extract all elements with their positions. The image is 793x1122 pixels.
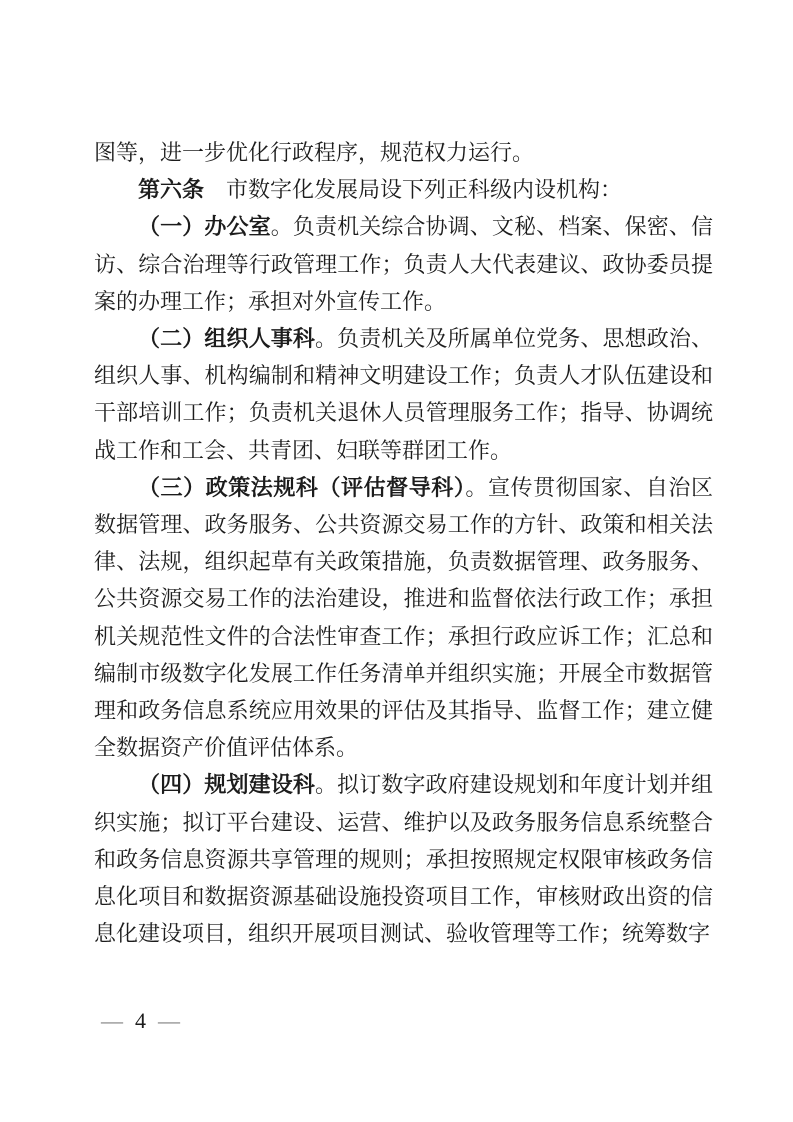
- section-heading-org-personnel: （二）组织人事科: [138, 326, 315, 351]
- paragraph-body: 。拟订数字政府建设规划和年度计划并组织实施；拟订平台建设、运营、维护以及政务服务…: [94, 772, 713, 946]
- paragraph-body: 市数字化发展局设下列正科级内设机构：: [204, 177, 622, 202]
- paragraph-body: 。宣传贯彻国家、自治区数据管理、政务服务、公共资源交易工作的方针、政策和相关法律…: [94, 475, 713, 760]
- section-heading-office: （一）办公室: [138, 214, 271, 239]
- paragraph-item-1-office: （一）办公室。负责机关综合协调、文秘、档案、保密、信访、综合治理等行政管理工作；…: [94, 208, 713, 320]
- footer-dash-left: —: [101, 1008, 123, 1033]
- article-number-heading: 第六条: [138, 177, 204, 202]
- page-footer: —4—: [101, 1006, 180, 1036]
- paragraph-article-6: 第六条 市数字化发展局设下列正科级内设机构：: [94, 171, 713, 208]
- paragraph-continuation: 图等，进一步优化行政程序，规范权力运行。: [94, 134, 713, 171]
- paragraph-body: 图等，进一步优化行政程序，规范权力运行。: [94, 140, 534, 165]
- section-heading-policy-regulation: （三）政策法规科（评估督导科）: [138, 475, 465, 500]
- footer-dash-right: —: [158, 1008, 180, 1033]
- document-page: 图等，进一步优化行政程序，规范权力运行。 第六条 市数字化发展局设下列正科级内设…: [0, 0, 793, 1122]
- paragraph-item-3-policy-regulation: （三）政策法规科（评估督导科）。宣传贯彻国家、自治区数据管理、政务服务、公共资源…: [94, 469, 713, 767]
- document-body: 图等，进一步优化行政程序，规范权力运行。 第六条 市数字化发展局设下列正科级内设…: [94, 134, 713, 952]
- paragraph-item-2-org-personnel: （二）组织人事科。负责机关及所属单位党务、思想政治、组织人事、机构编制和精神文明…: [94, 320, 713, 469]
- page-number: 4: [123, 1008, 158, 1033]
- paragraph-item-4-planning-construction: （四）规划建设科。拟订数字政府建设规划和年度计划并组织实施；拟订平台建设、运营、…: [94, 766, 713, 952]
- section-heading-planning-construction: （四）规划建设科: [138, 772, 315, 797]
